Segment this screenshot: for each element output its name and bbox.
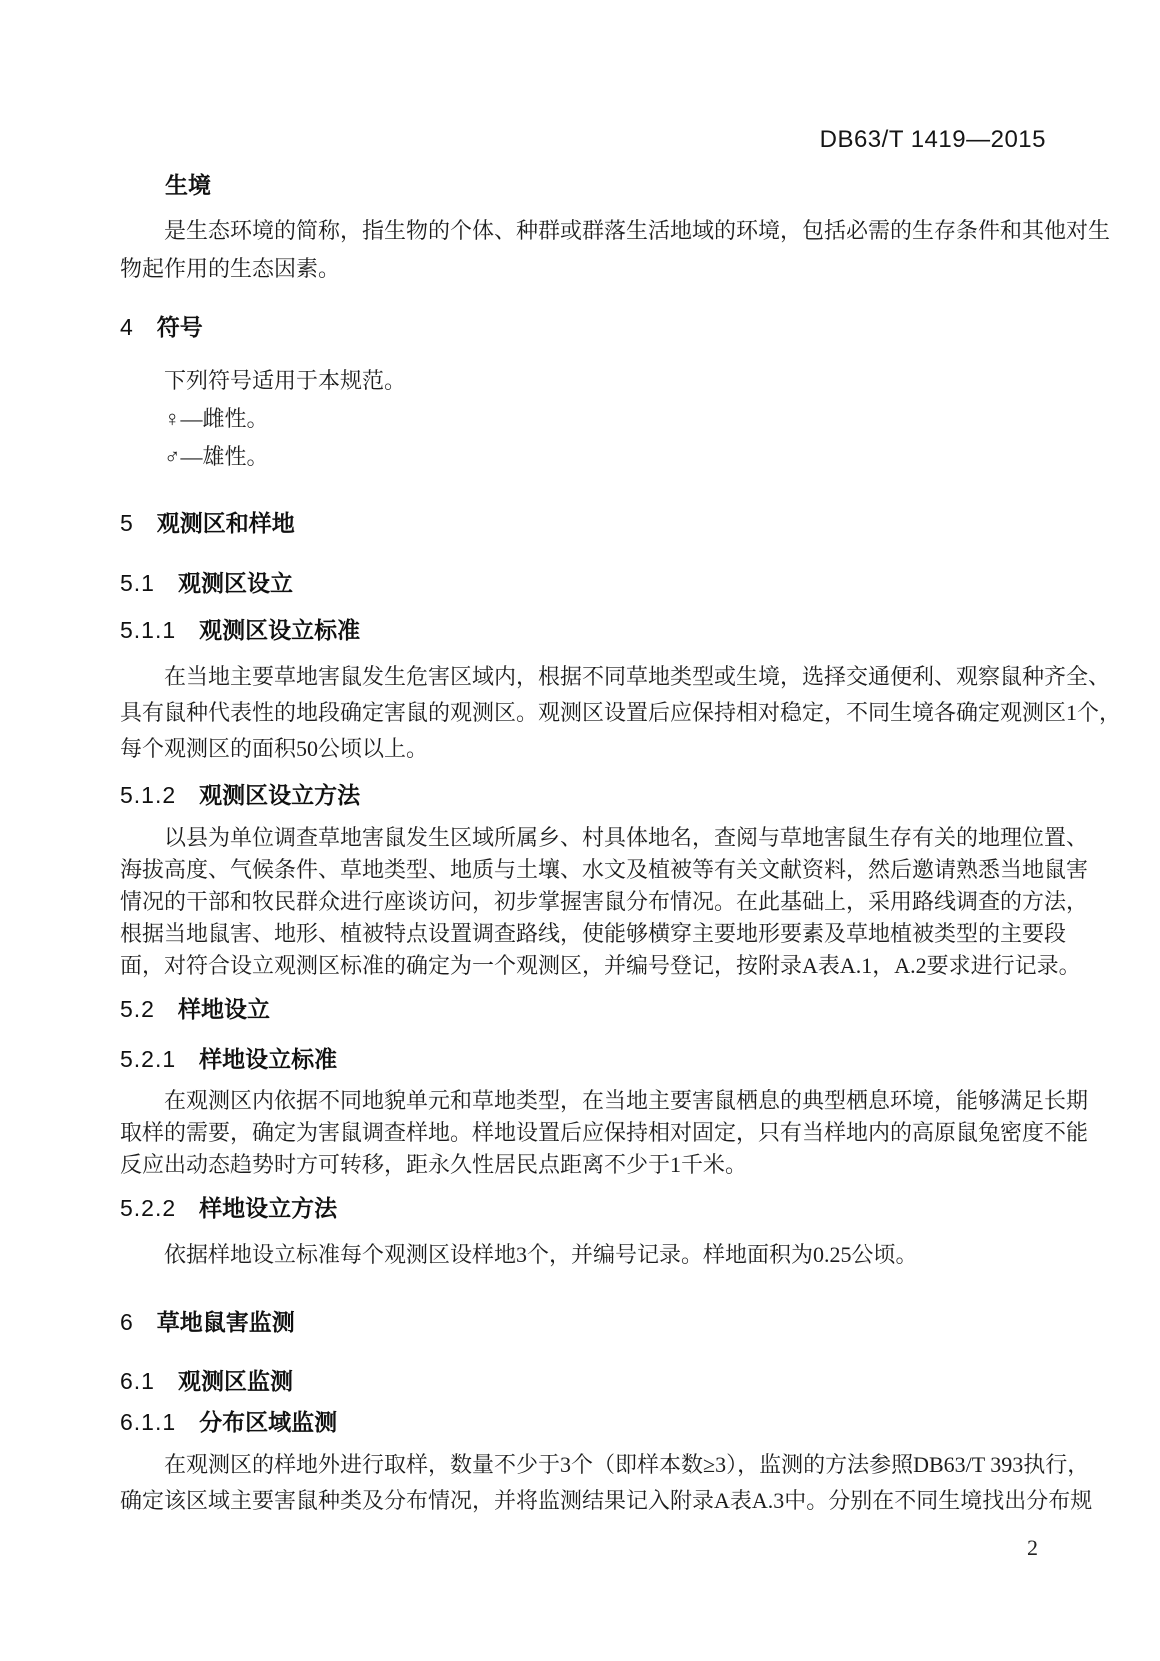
paragraph-observation-area-criteria: 在当地主要草地害鼠发生危害区域内，根据不同草地类型或生境，选择交通便利、观察鼠种… xyxy=(120,659,1046,767)
section-heading-6: 6 草地鼠害监测 xyxy=(120,1309,1046,1335)
section-number: 5.1.1 xyxy=(120,617,176,643)
section-heading-5-2-1: 5.2.1 样地设立标准 xyxy=(120,1046,1046,1072)
section-title: 草地鼠害监测 xyxy=(157,1309,295,1335)
section-number: 5.1.2 xyxy=(120,782,176,808)
section-number: 6.1 xyxy=(120,1368,155,1394)
section-heading-5-2-2: 5.2.2 样地设立方法 xyxy=(120,1195,1046,1221)
standard-number-header: DB63/T 1419—2015 xyxy=(120,127,1046,153)
section-title: 观测区监测 xyxy=(178,1368,293,1394)
section-heading-6-1-1: 6.1.1 分布区域监测 xyxy=(120,1409,1046,1435)
section-number: 5.2 xyxy=(120,996,155,1022)
section-number: 5.2.2 xyxy=(120,1195,176,1221)
section-heading-5-1-2: 5.1.2 观测区设立方法 xyxy=(120,782,1046,808)
section-heading-4: 4 符号 xyxy=(120,314,1046,340)
section-number: 4 xyxy=(120,314,134,340)
section-number: 6.1.1 xyxy=(120,1409,176,1435)
section-number: 5.2.1 xyxy=(120,1046,176,1072)
section-number: 5 xyxy=(120,510,134,536)
section-title: 观测区设立方法 xyxy=(199,782,360,808)
section-title: 样地设立方法 xyxy=(199,1195,337,1221)
paragraph-sample-plot-method: 依据样地设立标准每个观测区设样地3个，并编号记录。样地面积为0.25公顷。 xyxy=(120,1237,1046,1273)
document-page: DB63/T 1419—2015 生境 是生态环境的简称，指生物的个体、种群或群… xyxy=(0,0,1160,1661)
section-heading-5-2: 5.2 样地设立 xyxy=(120,996,1046,1022)
paragraph-observation-area-method: 以县为单位调查草地害鼠发生区域所属乡、村具体地名，查阅与草地害鼠生存有关的地理位… xyxy=(120,822,1046,982)
section-number: 5.1 xyxy=(120,570,155,596)
paragraph-distribution-monitoring: 在观测区的样地外进行取样，数量不少于3个（即样本数≥3），监测的方法参照DB63… xyxy=(120,1447,1046,1519)
page-number: 2 xyxy=(120,1535,1046,1561)
section-title: 样地设立标准 xyxy=(199,1046,337,1072)
section-title: 符号 xyxy=(157,314,203,340)
page-content: DB63/T 1419—2015 生境 是生态环境的简称，指生物的个体、种群或群… xyxy=(0,127,1160,1561)
section-heading-5: 5 观测区和样地 xyxy=(120,510,1046,536)
paragraph-habitat-definition: 是生态环境的简称，指生物的个体、种群或群落生活地域的环境，包括必需的生存条件和其… xyxy=(120,212,1046,288)
paragraph-sample-plot-criteria: 在观测区内依据不同地貌单元和草地类型，在当地主要害鼠栖息的典型栖息环境，能够满足… xyxy=(120,1085,1046,1181)
section-heading-6-1: 6.1 观测区监测 xyxy=(120,1368,1046,1394)
section-title: 分布区域监测 xyxy=(199,1409,337,1435)
section-title: 观测区和样地 xyxy=(157,510,295,536)
section-title: 样地设立 xyxy=(178,996,270,1022)
paragraph-symbols: 下列符号适用于本规范。 ♀—雌性。 ♂—雄性。 xyxy=(120,362,1046,476)
section-heading-5-1-1: 5.1.1 观测区设立标准 xyxy=(120,617,1046,643)
section-title: 观测区设立 xyxy=(178,570,293,596)
term-heading-habitat: 生境 xyxy=(165,172,1046,198)
section-number: 6 xyxy=(120,1309,134,1335)
section-title: 观测区设立标准 xyxy=(199,617,360,643)
section-heading-5-1: 5.1 观测区设立 xyxy=(120,570,1046,596)
